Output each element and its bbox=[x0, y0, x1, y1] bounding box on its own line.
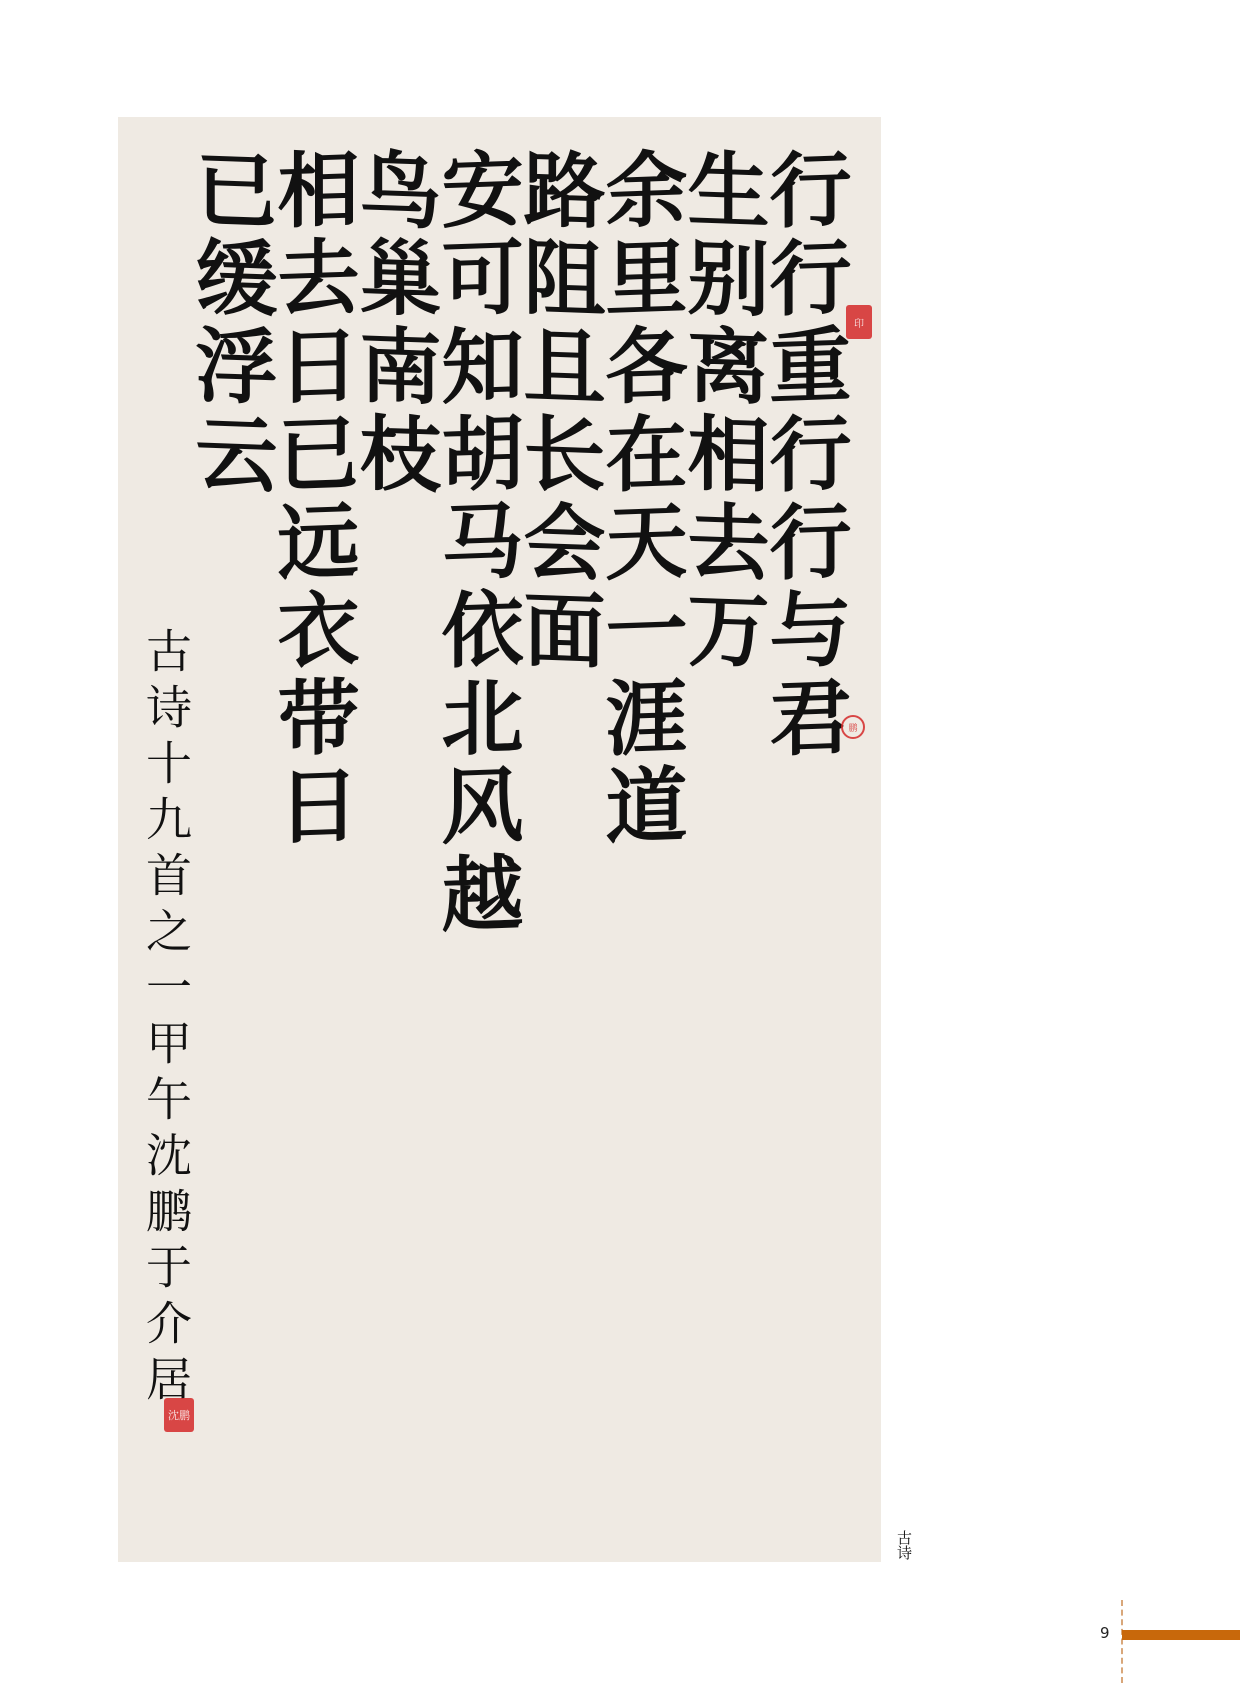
artwork-title: 古诗 bbox=[896, 1530, 911, 1560]
poem-column-3: 余里各在天一涯道 bbox=[599, 146, 681, 1562]
page-accent-bar bbox=[1122, 1630, 1240, 1640]
poem-column-6: 鸟巢南枝 bbox=[353, 146, 435, 1562]
calligraphy-columns: 行行重行行与君 生别离相去万 余里各在天一涯道 路阻且长会面 安可知胡马依北风越… bbox=[118, 117, 881, 1562]
poem-column-1: 行行重行行与君 bbox=[763, 146, 845, 1562]
poem-column-4: 路阻且长会面 bbox=[517, 146, 599, 1562]
poem-column-5: 安可知胡马依北风越 bbox=[435, 146, 517, 1562]
seal-middle-icon: 鹏 bbox=[841, 715, 865, 739]
seal-signature-icon: 沈鹏 bbox=[164, 1398, 194, 1432]
page-number: 9 bbox=[1100, 1624, 1110, 1642]
page-divider-dashed bbox=[1121, 1600, 1123, 1683]
poem-column-2: 生别离相去万 bbox=[681, 146, 763, 1562]
poem-column-8: 已缓浮云 bbox=[189, 146, 271, 1562]
calligraphy-artwork: 行行重行行与君 生别离相去万 余里各在天一涯道 路阻且长会面 安可知胡马依北风越… bbox=[118, 117, 881, 1562]
seal-top-icon: 印 bbox=[846, 305, 872, 339]
poem-column-7: 相去日已远衣带日 bbox=[271, 146, 353, 1562]
